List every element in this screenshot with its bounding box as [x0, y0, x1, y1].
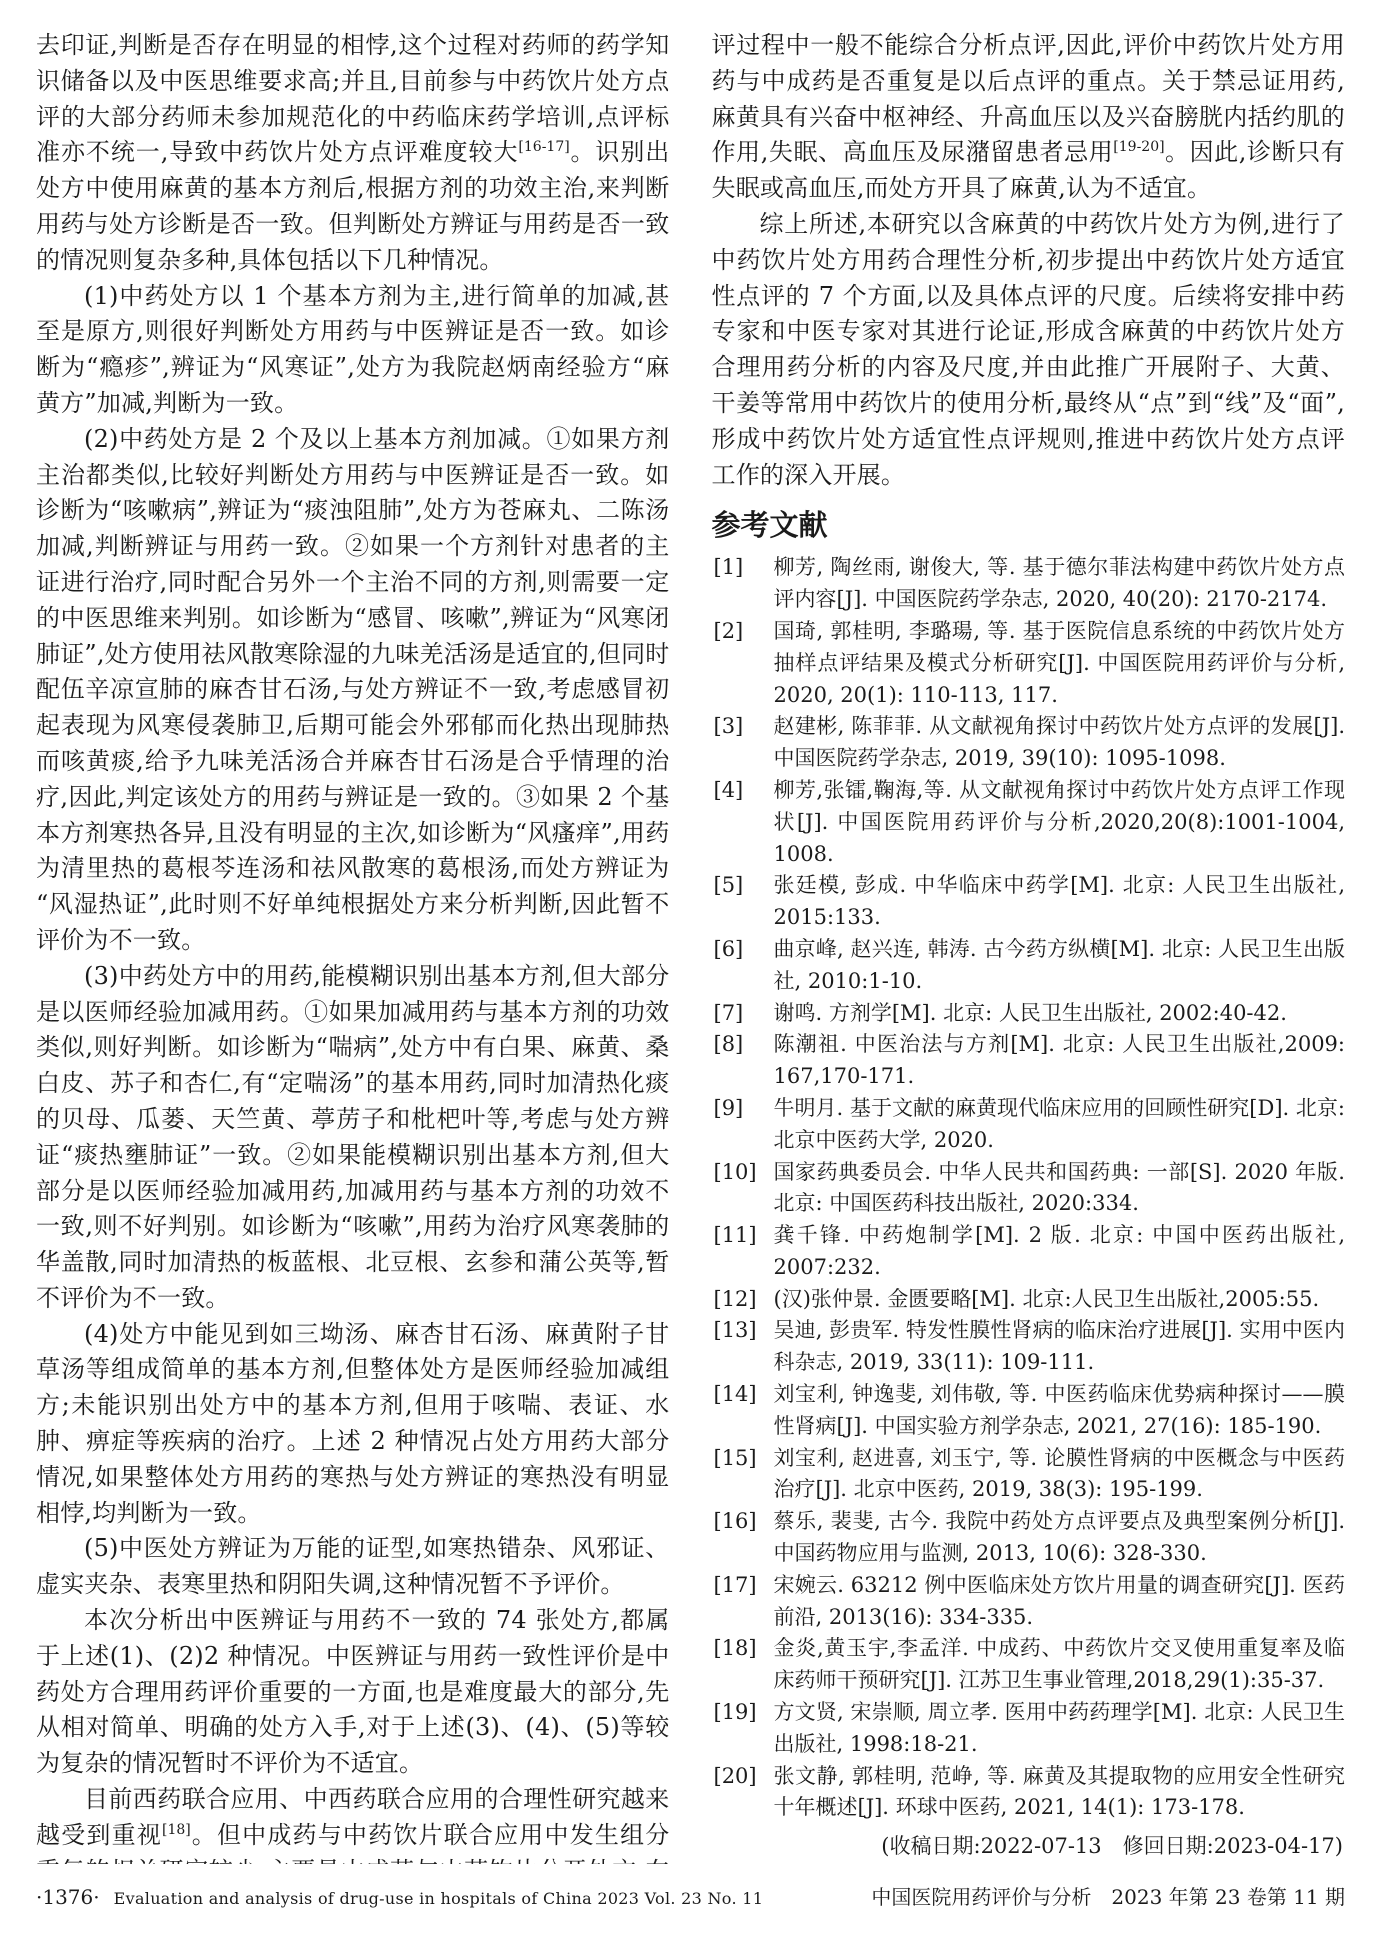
received-revised-dates: (收稿日期:2022-07-13 修回日期:2023-04-17) — [712, 1830, 1346, 1862]
body-paragraph: 本次分析出中医辨证与用药不一致的 74 张处方,都属于上述(1)、(2)2 种情… — [36, 1603, 670, 1782]
reference-item: [12](汉)张仲景. 金匮要略[M]. 北京:人民卫生出版社,2005:55. — [712, 1284, 1346, 1316]
journal-page: 去印证,判断是否存在明显的相悖,这个过程对药师的药学知识储备以及中医思维要求高;… — [0, 0, 1375, 1940]
reference-item: [4]柳芳,张镭,鞠海,等. 从文献视角探讨中药饮片处方点评工作现状[J]. 中… — [712, 775, 1346, 870]
body-paragraph: 目前西药联合应用、中西药联合应用的合理性研究越来越受到重视[18]。但中成药与中… — [36, 1782, 670, 1864]
reference-number: [17] — [714, 1570, 757, 1602]
reference-text: 牛明月. 基于文献的麻黄现代临床应用的回顾性研究[D]. 北京: 北京中医药大学… — [774, 1096, 1346, 1152]
reference-item: [5]张廷模, 彭成. 中华临床中药学[M]. 北京: 人民卫生出版社, 201… — [712, 870, 1346, 934]
citation-superscript: [19-20] — [1113, 139, 1164, 155]
reference-number: [14] — [714, 1379, 757, 1411]
reference-text: (汉)张仲景. 金匮要略[M]. 北京:人民卫生出版社,2005:55. — [774, 1287, 1320, 1311]
reference-number: [4] — [714, 775, 744, 807]
reference-number: [1] — [714, 552, 744, 584]
reference-item: [6]曲京峰, 赵兴连, 韩涛. 古今药方纵横[M]. 北京: 人民卫生出版社,… — [712, 934, 1346, 998]
two-column-layout: 去印证,判断是否存在明显的相悖,这个过程对药师的药学知识储备以及中医思维要求高;… — [36, 28, 1345, 1864]
body-paragraph: (5)中医处方辨证为万能的证型,如寒热错杂、风邪证、虚实夹杂、表寒里热和阴阳失调… — [36, 1531, 670, 1603]
reference-number: [12] — [714, 1284, 757, 1316]
reference-number: [5] — [714, 870, 744, 902]
reference-text: 谢鸣. 方剂学[M]. 北京: 人民卫生出版社, 2002:40-42. — [774, 1001, 1287, 1025]
reference-text: 张廷模, 彭成. 中华临床中药学[M]. 北京: 人民卫生出版社, 2015:1… — [774, 873, 1346, 929]
reference-item: [2]国琦, 郭桂明, 李璐瑒, 等. 基于医院信息系统的中药饮片处方抽样点评结… — [712, 616, 1346, 711]
reference-number: [20] — [714, 1761, 757, 1793]
left-column: 去印证,判断是否存在明显的相悖,这个过程对药师的药学知识储备以及中医思维要求高;… — [36, 28, 670, 1864]
reference-text: 柳芳,张镭,鞠海,等. 从文献视角探讨中药饮片处方点评工作现状[J]. 中国医院… — [774, 778, 1346, 866]
body-paragraph: (1)中药处方以 1 个基本方剂为主,进行简单的加减,甚至是原方,则很好判断处方… — [36, 279, 670, 422]
reference-number: [8] — [714, 1029, 744, 1061]
right-column: 评过程中一般不能综合分析点评,因此,评价中药饮片处方用药与中成药是否重复是以后点… — [712, 28, 1346, 1864]
reference-item: [11]龚千锋. 中药炮制学[M]. 2 版. 北京: 中国中医药出版社, 20… — [712, 1220, 1346, 1284]
citation-superscript: [16-17] — [518, 139, 569, 155]
reference-item: [8]陈潮祖. 中医治法与方剂[M]. 北京: 人民卫生出版社,2009: 16… — [712, 1029, 1346, 1093]
references-heading: 参考文献 — [712, 503, 1346, 544]
reference-text: 宋婉云. 63212 例中医临床处方饮片用量的调查研究[J]. 医药前沿, 20… — [774, 1573, 1346, 1629]
page-footer: ·1376· Evaluation and analysis of drug-u… — [36, 1881, 1345, 1910]
reference-text: 国家药典委员会. 中华人民共和国药典: 一部[S]. 2020 年版. 北京: … — [774, 1160, 1346, 1216]
reference-text: 国琦, 郭桂明, 李璐瑒, 等. 基于医院信息系统的中药饮片处方抽样点评结果及模… — [774, 619, 1346, 707]
reference-item: [3]赵建彬, 陈菲菲. 从文献视角探讨中药饮片处方点评的发展[J]. 中国医院… — [712, 711, 1346, 775]
reference-item: [10]国家药典委员会. 中华人民共和国药典: 一部[S]. 2020 年版. … — [712, 1157, 1346, 1221]
reference-text: 吴迪, 彭贵军. 特发性膜性肾病的临床治疗进展[J]. 实用中医内科杂志, 20… — [774, 1318, 1346, 1374]
body-paragraph: 评过程中一般不能综合分析点评,因此,评价中药饮片处方用药与中成药是否重复是以后点… — [712, 28, 1346, 207]
reference-item: [13]吴迪, 彭贵军. 特发性膜性肾病的临床治疗进展[J]. 实用中医内科杂志… — [712, 1315, 1346, 1379]
footer-journal-title-zh: 中国医院用药评价与分析 2023 年第 23 卷第 11 期 — [871, 1881, 1345, 1910]
body-paragraph: 去印证,判断是否存在明显的相悖,这个过程对药师的药学知识储备以及中医思维要求高;… — [36, 28, 670, 279]
footer-journal-title-en: Evaluation and analysis of drug-use in h… — [114, 1889, 764, 1908]
reference-number: [11] — [714, 1220, 757, 1252]
reference-number: [2] — [714, 616, 744, 648]
reference-item: [1]柳芳, 陶丝雨, 谢俊大, 等. 基于德尔菲法构建中药饮片处方点评内容[J… — [712, 552, 1346, 616]
right-column-body: 评过程中一般不能综合分析点评,因此,评价中药饮片处方用药与中成药是否重复是以后点… — [712, 28, 1346, 493]
reference-number: [18] — [714, 1633, 757, 1665]
reference-number: [7] — [714, 998, 744, 1030]
reference-number: [19] — [714, 1697, 757, 1729]
reference-item: [19]方文贤, 宋崇顺, 周立孝. 医用中药药理学[M]. 北京: 人民卫生出… — [712, 1697, 1346, 1761]
reference-text: 柳芳, 陶丝雨, 谢俊大, 等. 基于德尔菲法构建中药饮片处方点评内容[J]. … — [774, 555, 1346, 611]
reference-item: [7]谢鸣. 方剂学[M]. 北京: 人民卫生出版社, 2002:40-42. — [712, 998, 1346, 1030]
reference-text: 刘宝利, 钟逸斐, 刘伟敬, 等. 中医药临床优势病种探讨——膜性肾病[J]. … — [774, 1382, 1346, 1438]
reference-text: 龚千锋. 中药炮制学[M]. 2 版. 北京: 中国中医药出版社, 2007:2… — [774, 1223, 1346, 1279]
reference-text: 金炎,黄玉宇,李孟洋. 中成药、中药饮片交叉使用重复率及临床药师干预研究[J].… — [774, 1636, 1346, 1692]
reference-text: 蔡乐, 裴斐, 古今. 我院中药处方点评要点及典型案例分析[J]. 中国药物应用… — [774, 1509, 1346, 1565]
reference-item: [9]牛明月. 基于文献的麻黄现代临床应用的回顾性研究[D]. 北京: 北京中医… — [712, 1093, 1346, 1157]
reference-number: [9] — [714, 1093, 744, 1125]
reference-text: 赵建彬, 陈菲菲. 从文献视角探讨中药饮片处方点评的发展[J]. 中国医院药学杂… — [774, 714, 1346, 770]
reference-text: 方文贤, 宋崇顺, 周立孝. 医用中药药理学[M]. 北京: 人民卫生出版社, … — [774, 1700, 1346, 1756]
reference-item: [14]刘宝利, 钟逸斐, 刘伟敬, 等. 中医药临床优势病种探讨——膜性肾病[… — [712, 1379, 1346, 1443]
reference-number: [16] — [714, 1506, 757, 1538]
reference-text: 陈潮祖. 中医治法与方剂[M]. 北京: 人民卫生出版社,2009: 167,1… — [774, 1032, 1346, 1088]
page-number: ·1376· — [36, 1885, 100, 1909]
reference-text: 张文静, 郭桂明, 范峥, 等. 麻黄及其提取物的应用安全性研究十年概述[J].… — [774, 1764, 1346, 1820]
reference-text: 曲京峰, 赵兴连, 韩涛. 古今药方纵横[M]. 北京: 人民卫生出版社, 20… — [774, 937, 1346, 993]
reference-number: [3] — [714, 711, 744, 743]
reference-item: [17]宋婉云. 63212 例中医临床处方饮片用量的调查研究[J]. 医药前沿… — [712, 1570, 1346, 1634]
reference-item: [18]金炎,黄玉宇,李孟洋. 中成药、中药饮片交叉使用重复率及临床药师干预研究… — [712, 1633, 1346, 1697]
body-paragraph: 综上所述,本研究以含麻黄的中药饮片处方为例,进行了中药饮片处方用药合理性分析,初… — [712, 207, 1346, 493]
reference-item: [20]张文静, 郭桂明, 范峥, 等. 麻黄及其提取物的应用安全性研究十年概述… — [712, 1761, 1346, 1825]
reference-item: [15]刘宝利, 赵进喜, 刘玉宁, 等. 论膜性肾病的中医概念与中医药治疗[J… — [712, 1443, 1346, 1507]
reference-number: [10] — [714, 1157, 757, 1189]
body-paragraph: (2)中药处方是 2 个及以上基本方剂加减。①如果方剂主治都类似,比较好判断处方… — [36, 422, 670, 959]
reference-number: [13] — [714, 1315, 757, 1347]
reference-text: 刘宝利, 赵进喜, 刘玉宁, 等. 论膜性肾病的中医概念与中医药治疗[J]. 北… — [774, 1446, 1346, 1502]
reference-number: [6] — [714, 934, 744, 966]
references-list: [1]柳芳, 陶丝雨, 谢俊大, 等. 基于德尔菲法构建中药饮片处方点评内容[J… — [712, 552, 1346, 1824]
reference-item: [16]蔡乐, 裴斐, 古今. 我院中药处方点评要点及典型案例分析[J]. 中国… — [712, 1506, 1346, 1570]
reference-number: [15] — [714, 1443, 757, 1475]
citation-superscript: [18] — [162, 1822, 191, 1838]
body-paragraph: (3)中药处方中的用药,能模糊识别出基本方剂,但大部分是以医师经验加减用药。①如… — [36, 959, 670, 1317]
body-paragraph: (4)处方中能见到如三坳汤、麻杏甘石汤、麻黄附子甘草汤等组成简单的基本方剂,但整… — [36, 1317, 670, 1532]
